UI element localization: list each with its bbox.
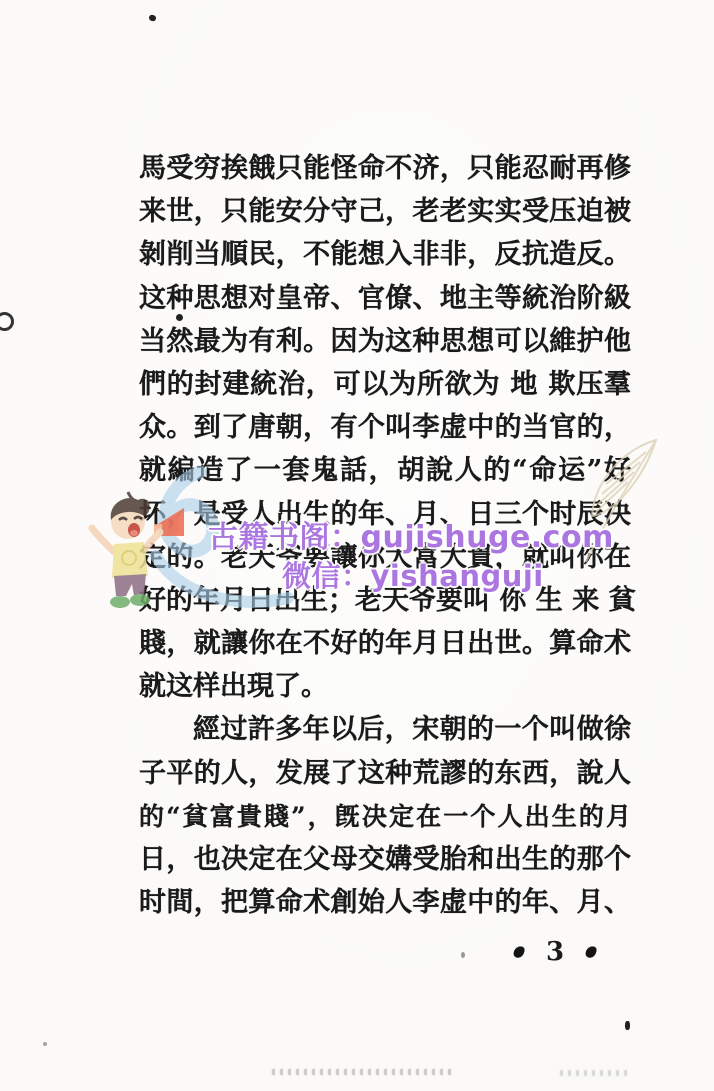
text-line: 就編造了一套鬼話，胡說人的“命运”好	[139, 449, 631, 492]
text-line: 就这样出現了。	[139, 665, 631, 708]
page-number-row: 3	[514, 939, 596, 965]
text-line: 来世，只能安分守己，老老实实受压迫被	[139, 190, 631, 233]
page-number-dot	[512, 945, 525, 960]
text-line: 剝削当順民，不能想入非非，反抗造反。	[139, 233, 631, 276]
page-number: 3	[546, 939, 564, 965]
ink-speck	[43, 1042, 47, 1046]
text-line: 众。到了唐朝，有个叫李虚中的当官的，	[139, 406, 631, 449]
text-line: 子平的人，发展了这种荒謬的东西，說人	[139, 752, 631, 795]
text-line: 当然最为有利。因为这种思想可以維护他	[139, 320, 631, 363]
text-line: 这种思想对皇帝、官僚、地主等統治阶級	[139, 277, 631, 320]
text-line: 坏，是受人出生的年、月、日三个时辰决	[139, 493, 631, 536]
page-number-dot	[584, 945, 597, 960]
ink-speck	[176, 314, 183, 321]
text-line-paragraph-start: 經过許多年以后，宋朝的一个叫做徐	[139, 708, 631, 751]
ink-speck	[148, 14, 157, 22]
text-line: 馬受穷挨餓只能怪命不济，只能忍耐再修	[139, 147, 631, 190]
text-block: 馬受穷挨餓只能怪命不济，只能忍耐再修 来世，只能安分守己，老老实实受压迫被 剝削…	[139, 147, 631, 924]
text-line: 好的年月日出生；老天爷要叫 你 生 来 貧	[139, 579, 631, 622]
bleed-through-smudge	[560, 1070, 630, 1076]
text-line: 日，也决定在父母交媾受胎和出生的那个	[139, 838, 631, 881]
ink-speck	[0, 312, 14, 331]
text-line: 賤，就讓你在不好的年月日出世。算命术	[139, 622, 631, 665]
text-line: 时間，把算命术創始人李虚中的年、月、	[139, 881, 631, 924]
bleed-through-smudge	[272, 1069, 454, 1075]
text-line: 的“貧富貴賤”，旣决定在一个人出生的月	[139, 795, 631, 838]
scanned-book-page: 馬受穷挨餓只能怪命不济，只能忍耐再修 来世，只能安分守己，老老实实受压迫被 剝削…	[0, 0, 714, 1091]
ink-speck	[625, 1021, 630, 1030]
text-line: 定的。老天爷要讓你大富大貴，就叫你在	[139, 536, 631, 579]
text-line: 們的封建統治，可以为所欲为 地 欺压羣	[139, 363, 631, 406]
ink-speck	[461, 952, 465, 958]
